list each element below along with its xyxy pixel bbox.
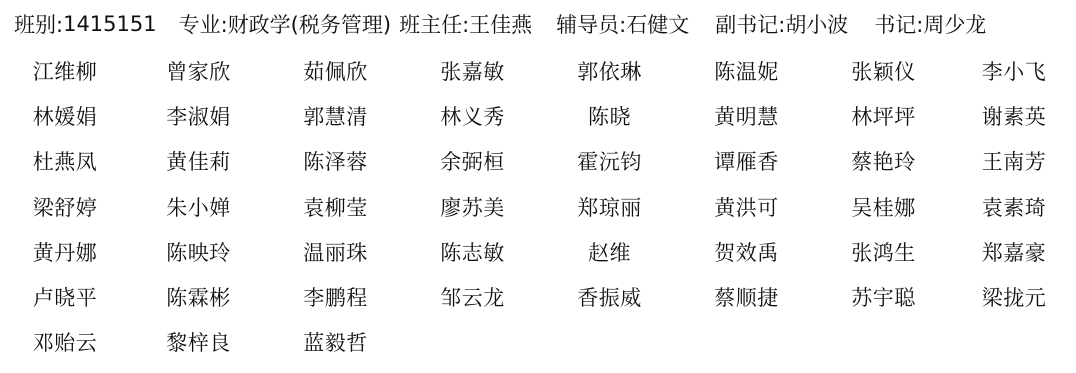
secretary-field: 书记:周少龙 [874,9,986,39]
student-name: 陈泽蓉 [267,139,404,184]
student-name: 袁素琦 [952,184,1076,229]
student-name: 郑琼丽 [541,184,678,229]
student-name: 郭慧清 [267,93,404,138]
student-name: 贺效禹 [678,229,815,274]
student-name: 梁拢元 [952,274,1076,319]
major-field: 专业:财政学(税务管理) [179,9,391,39]
student-name: 蔡艳玲 [815,139,952,184]
head-teacher-field: 班主任:王佳燕 [399,9,532,39]
class-info-header: 班别:1415151 专业:财政学(税务管理) 班主任:王佳燕 辅导员:石健文 … [14,8,986,40]
student-name: 邹云龙 [404,274,541,319]
student-name: 黎梓良 [130,320,267,365]
student-name: 霍沅钧 [541,139,678,184]
student-name: 李鹏程 [267,274,404,319]
student-name: 蔡顺捷 [678,274,815,319]
student-name: 蓝毅哲 [267,320,404,365]
student-name: 袁柳莹 [267,184,404,229]
deputy-secretary-value: 胡小波 [785,9,848,39]
student-name: 江维柳 [0,48,130,93]
student-name: 廖苏美 [404,184,541,229]
counselor-value: 石健文 [626,9,689,39]
student-name: 李淑娟 [130,93,267,138]
student-name: 陈温妮 [678,48,815,93]
secretary-value: 周少龙 [923,9,986,39]
student-name: 陈霖彬 [130,274,267,319]
student-name: 香振威 [541,274,678,319]
class-id-field: 班别:1415151 [14,9,157,39]
student-roster-grid: 江维柳曾家欣茹佩欣张嘉敏郭依琳陈温妮张颖仪李小飞林媛娟李淑娟郭慧清林义秀陈晓黄明… [0,48,1076,365]
student-name: 吴桂娜 [815,184,952,229]
student-name: 黄佳莉 [130,139,267,184]
student-name: 郭依琳 [541,48,678,93]
deputy-secretary-field: 副书记:胡小波 [715,9,848,39]
major-label: 专业: [179,9,228,39]
student-name: 茹佩欣 [267,48,404,93]
student-name: 张嘉敏 [404,48,541,93]
student-name: 谢素英 [952,93,1076,138]
student-name: 陈志敏 [404,229,541,274]
student-name: 林义秀 [404,93,541,138]
student-name: 林媛娟 [0,93,130,138]
student-name: 苏宇聪 [815,274,952,319]
student-name: 黄明慧 [678,93,815,138]
student-name: 杜燕凤 [0,139,130,184]
student-name: 张鸿生 [815,229,952,274]
student-name: 林坪坪 [815,93,952,138]
student-name: 谭雁香 [678,139,815,184]
student-name: 黄丹娜 [0,229,130,274]
student-name: 郑嘉豪 [952,229,1076,274]
student-name: 朱小婵 [130,184,267,229]
student-name: 陈映玲 [130,229,267,274]
secretary-label: 书记: [874,9,923,39]
student-name: 曾家欣 [130,48,267,93]
student-name: 李小飞 [952,48,1076,93]
student-name: 温丽珠 [267,229,404,274]
class-id-value: 1415151 [63,12,157,36]
student-name: 余弼桓 [404,139,541,184]
counselor-field: 辅导员:石健文 [556,9,689,39]
student-name: 赵维 [541,229,678,274]
counselor-label: 辅导员: [556,9,626,39]
head-teacher-value: 王佳燕 [469,9,532,39]
head-teacher-label: 班主任: [399,9,469,39]
student-name: 张颖仪 [815,48,952,93]
student-name: 黄洪可 [678,184,815,229]
student-name: 梁舒婷 [0,184,130,229]
student-name: 邓贻云 [0,320,130,365]
major-value: 财政学(税务管理) [228,9,391,39]
student-name: 王南芳 [952,139,1076,184]
student-name: 卢晓平 [0,274,130,319]
class-id-label: 班别: [14,9,63,39]
student-name: 陈晓 [541,93,678,138]
deputy-secretary-label: 副书记: [715,9,785,39]
